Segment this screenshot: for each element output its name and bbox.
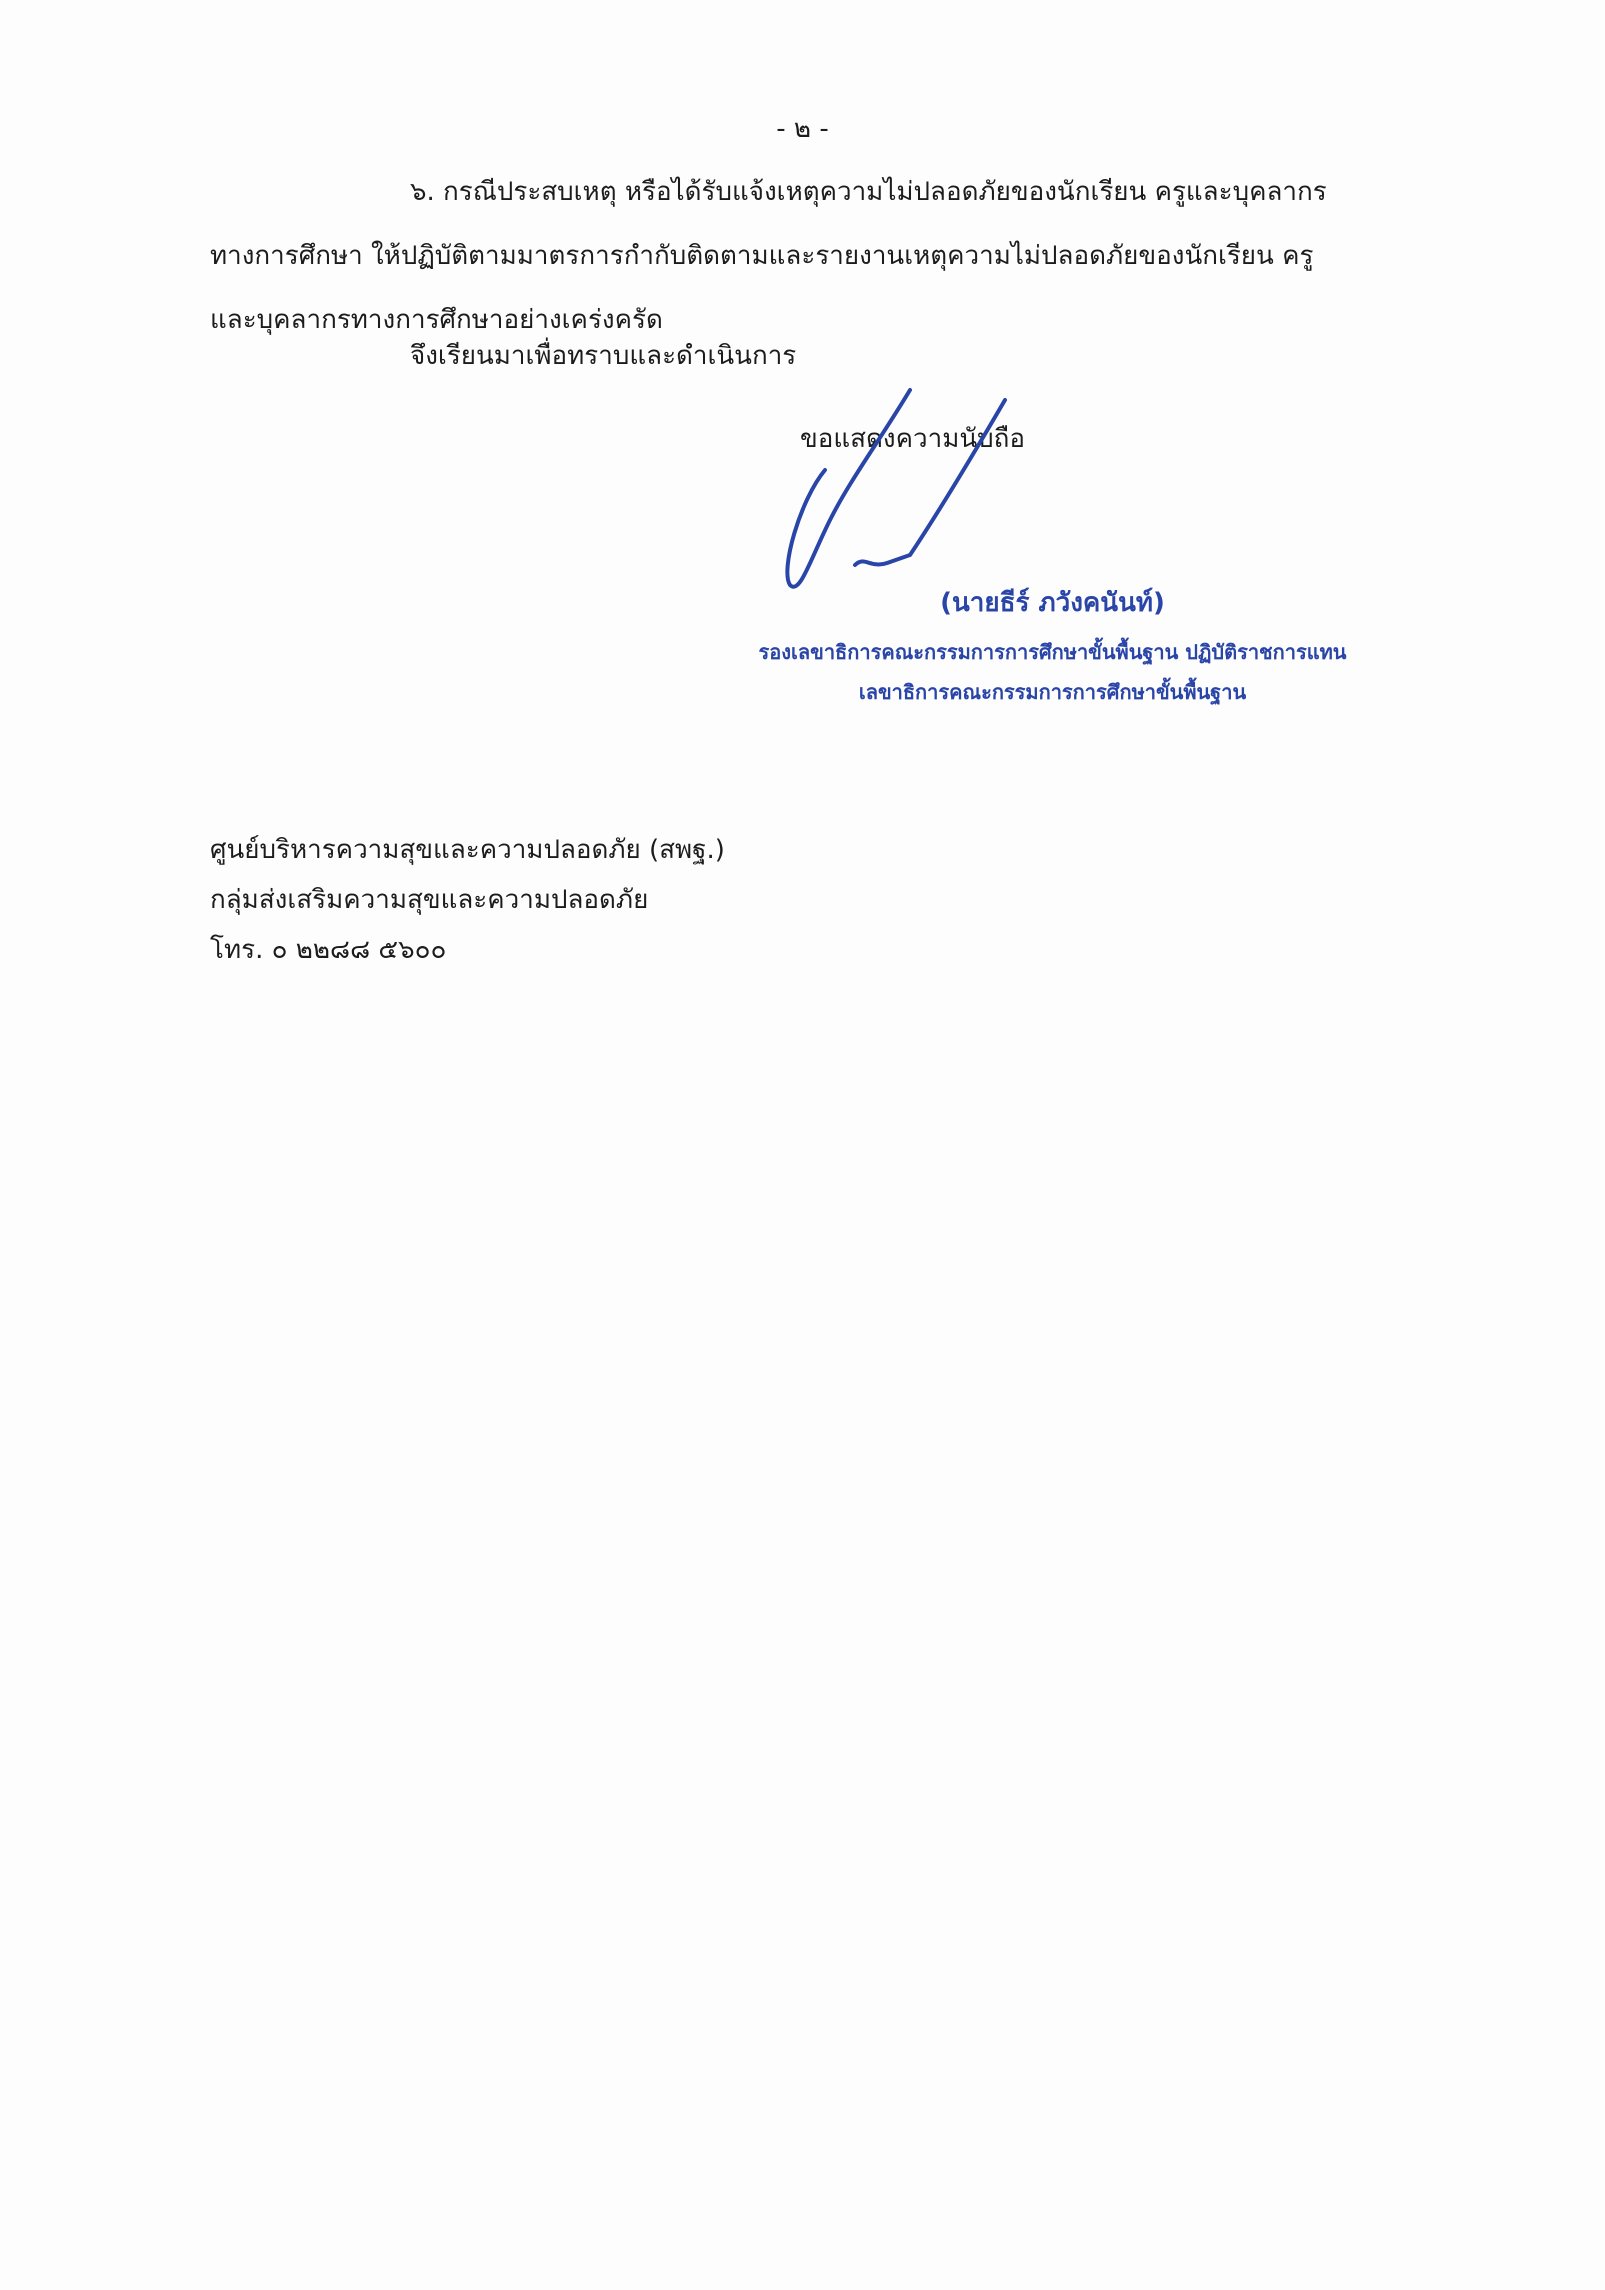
signer-title: เลขาธิการคณะกรรมการการศึกษาขั้นพื้นฐาน xyxy=(250,676,1605,708)
page-number: - ๒ - xyxy=(0,108,1605,149)
paragraph-line: ๖. กรณีประสบเหตุ หรือได้รับแจ้งเหตุความไ… xyxy=(210,160,1475,224)
signer-name: (นายธีร์ ภวังคนันท์) xyxy=(250,582,1605,623)
footer-group: กลุ่มส่งเสริมความสุขและความปลอดภัย xyxy=(210,875,725,925)
body-paragraph: ๖. กรณีประสบเหตุ หรือได้รับแจ้งเหตุความไ… xyxy=(210,160,1475,352)
paragraph-line: ทางการศึกษา ให้ปฏิบัติตามมาตรการกำกับติด… xyxy=(210,224,1475,288)
footer-office: ศูนย์บริหารความสุขและความปลอดภัย (สพฐ.) xyxy=(210,825,725,875)
signature-mark xyxy=(780,380,1100,610)
footer-contact: ศูนย์บริหารความสุขและความปลอดภัย (สพฐ.) … xyxy=(210,825,725,975)
closing-line: จึงเรียนมาเพื่อทราบและดำเนินการ xyxy=(410,335,796,376)
signer-title: รองเลขาธิการคณะกรรมการการศึกษาขั้นพื้นฐา… xyxy=(250,636,1605,668)
paragraph-line: และบุคลากรทางการศึกษาอย่างเคร่งครัด xyxy=(210,288,1475,352)
footer-phone: โทร. ๐ ๒๒๘๘ ๕๖๐๐ xyxy=(210,925,725,975)
